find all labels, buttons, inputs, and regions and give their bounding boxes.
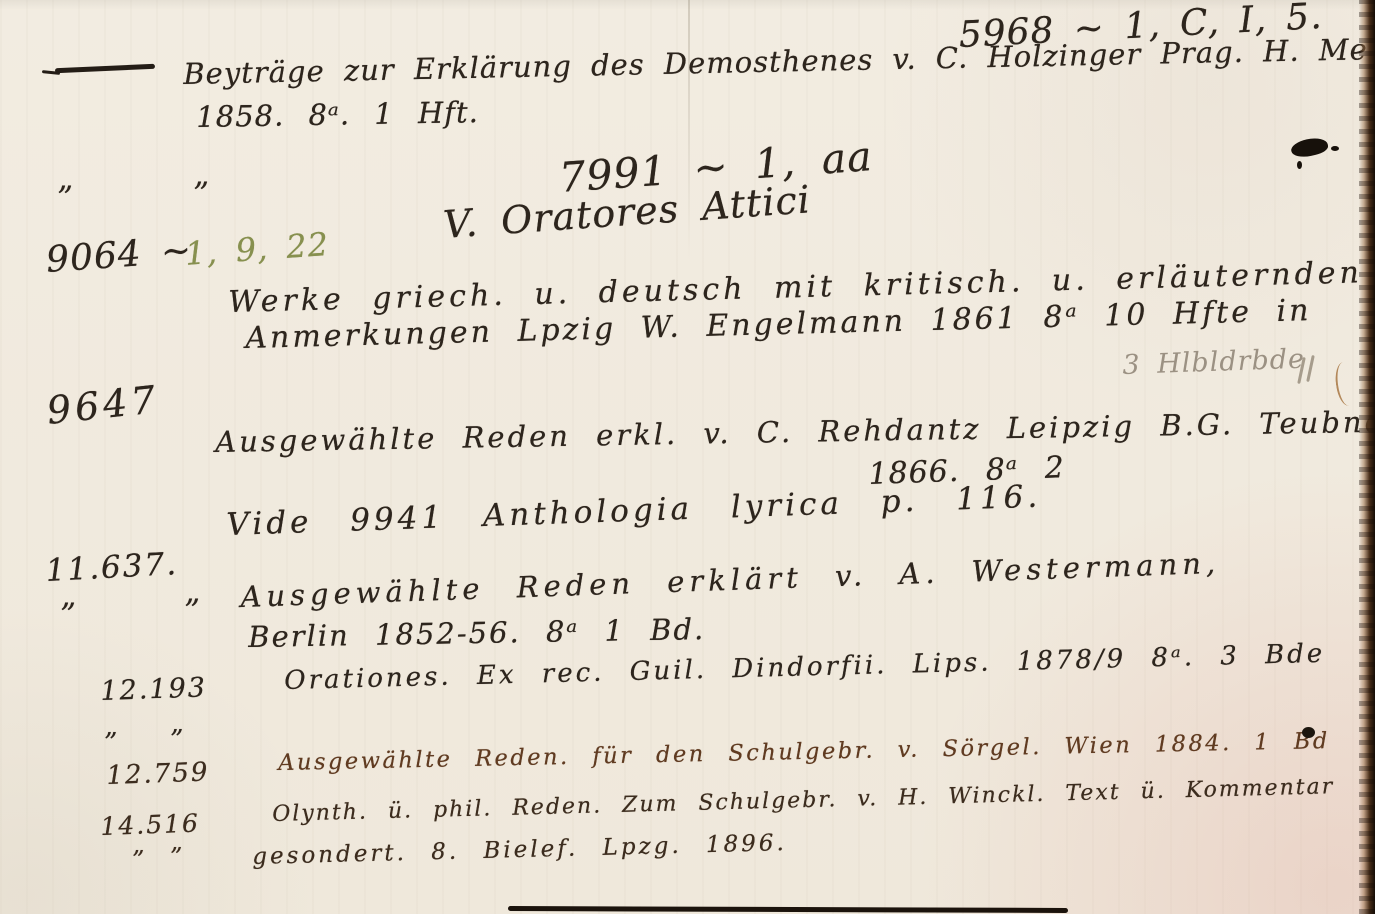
- ditto-mark: ”: [57, 183, 73, 214]
- entry-14516-line2: gesondert. 8. Bielef. Lpzg. 1896.: [252, 832, 787, 869]
- catalog-number-12759: 12.759: [106, 759, 210, 789]
- entry-14516-line1: Olynth. ü. phil. Reden. Zum Schulgebr. v…: [272, 776, 1334, 826]
- ditto-mark: ”: [170, 845, 182, 869]
- author-ditto-dash: [55, 64, 155, 73]
- cross-reference-line: Vide 9941 Anthologia lyrica p. 116.: [226, 482, 1042, 541]
- shelfmark-annotation-9064: 1, 9, 22: [184, 228, 330, 270]
- ink-blot-dot: [1297, 161, 1302, 169]
- ink-dot: [1302, 727, 1315, 738]
- entry-11637-line2: Berlin 1852-56. 8ᵃ 1 Bd.: [248, 615, 705, 652]
- catalog-number-9064: 9064 ~: [45, 233, 193, 279]
- book-gutter-edge: [1359, 0, 1375, 914]
- catalog-number-11637: 11.637.: [45, 549, 179, 587]
- ditto-mark: ”: [193, 179, 209, 210]
- entry-9064-line3-pencil: 3 Hlbldrbde: [1122, 346, 1305, 379]
- manuscript-page: 5968 ~ 1, C, I, 5. Beyträge zur Erklärun…: [0, 0, 1375, 914]
- entry-12759-line1: Ausgewählte Reden. für den Schulgebr. v.…: [278, 730, 1330, 775]
- ditto-mark: ”: [132, 848, 144, 872]
- catalog-number-12193: 12.193: [100, 674, 207, 705]
- catalog-number-14516: 14.516: [100, 811, 200, 839]
- scan-edge-line: [508, 906, 1068, 913]
- ditto-mark: ”: [170, 727, 183, 753]
- paper-crease: [688, 0, 690, 260]
- author-ditto-dash-tail: [42, 70, 60, 75]
- ink-blot: [1290, 135, 1330, 159]
- entry-holzinger-line1: Beyträge zur Erklärung des Demosthenes v…: [183, 34, 1375, 89]
- catalog-number-9647: 9647: [45, 380, 161, 430]
- ditto-mark: ”: [184, 596, 200, 627]
- ink-blot-dot: [1331, 146, 1339, 151]
- entry-9647-line1: Ausgewählte Reden erkl. v. C. Rehdantz L…: [215, 407, 1375, 457]
- heading-title: V. Oratores Attici: [442, 180, 812, 244]
- entry-holzinger-line2: 1858. 8ᵃ. 1 Hft.: [196, 98, 479, 132]
- ditto-mark: ”: [104, 730, 117, 756]
- ditto-mark: ”: [60, 600, 76, 631]
- pencil-arc: [1333, 361, 1359, 407]
- pencil-tick: [1306, 355, 1315, 382]
- entry-11637-line1: Ausgewählte Reden erklärt v. A. Westerma…: [240, 549, 1221, 612]
